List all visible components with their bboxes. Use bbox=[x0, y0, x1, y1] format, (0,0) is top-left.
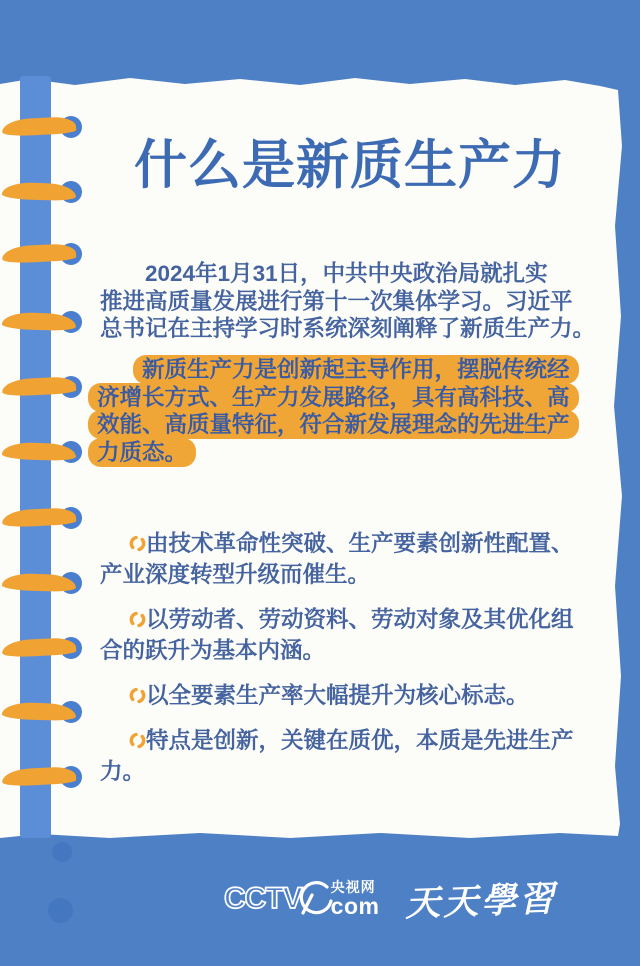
footer-logo: CCTV 央视网 com 天天學習 bbox=[224, 872, 557, 926]
cctv-ring-icon bbox=[295, 877, 335, 921]
bullet-text: 特点是创新，关键在质优，本质是先进生产 力。 bbox=[100, 728, 574, 784]
poster-background: 什么是新质生产力 2024年1月31日，中共中央政治局就扎实 推进高质量发展进行… bbox=[0, 0, 640, 966]
binder-ring bbox=[0, 570, 96, 596]
cycle-icon bbox=[114, 727, 133, 746]
binder-ring bbox=[0, 635, 96, 661]
bullet-item: 以全要素生产率大幅提升为核心标志。 bbox=[100, 680, 602, 711]
binder-ring bbox=[0, 179, 96, 205]
binder-hole-ghost bbox=[52, 842, 72, 862]
binder-hole-ghost bbox=[48, 898, 73, 923]
cctv-logo-text: CCTV bbox=[224, 882, 302, 916]
highlighted-text: 新质生产力是创新起主导作用，摆脱传统经 济增长方式、生产力发展路径，具有高科技、… bbox=[88, 355, 579, 467]
binder-ring bbox=[0, 439, 96, 465]
binder-ring bbox=[0, 764, 96, 790]
bullet-list: 由技术革命性突破、生产要素创新性配置、 产业深度转型升级而催生。 以劳动者、劳动… bbox=[100, 528, 602, 801]
cctv-cn-label: 央视网 bbox=[331, 880, 380, 894]
bullet-text: 以劳动者、劳动资料、劳动对象及其优化组 合的跃升为基本内涵。 bbox=[100, 607, 574, 663]
bullet-item: 特点是创新，关键在质优，本质是先进生产 力。 bbox=[100, 725, 602, 787]
bullet-item: 以劳动者、劳动资料、劳动对象及其优化组 合的跃升为基本内涵。 bbox=[100, 604, 602, 666]
binder-ring bbox=[0, 241, 96, 267]
binder-ring bbox=[0, 699, 96, 725]
binder-ring bbox=[0, 114, 96, 140]
cctv-com-label: com bbox=[331, 895, 380, 918]
cycle-icon bbox=[114, 682, 133, 701]
cycle-icon bbox=[114, 530, 133, 549]
cycle-icon bbox=[114, 606, 133, 625]
binder-ring bbox=[0, 374, 96, 400]
bullet-text: 由技术革命性突破、生产要素创新性配置、 产业深度转型升级而催生。 bbox=[100, 531, 574, 587]
binder-ring bbox=[0, 309, 96, 335]
page-title: 什么是新质生产力 bbox=[95, 130, 605, 202]
intro-paragraph: 2024年1月31日，中共中央政治局就扎实 推进高质量发展进行第十一次集体学习。… bbox=[100, 260, 598, 343]
brand-calligraphy: 天天學習 bbox=[405, 871, 559, 926]
highlight-paragraph: 新质生产力是创新起主导作用，摆脱传统经 济增长方式、生产力发展路径，具有高科技、… bbox=[88, 356, 608, 466]
bullet-item: 由技术革命性突破、生产要素创新性配置、 产业深度转型升级而催生。 bbox=[100, 528, 602, 590]
binder-ring bbox=[0, 505, 96, 531]
cctv-sub-labels: 央视网 com bbox=[331, 880, 380, 918]
bullet-text: 以全要素生产率大幅提升为核心标志。 bbox=[146, 683, 529, 708]
